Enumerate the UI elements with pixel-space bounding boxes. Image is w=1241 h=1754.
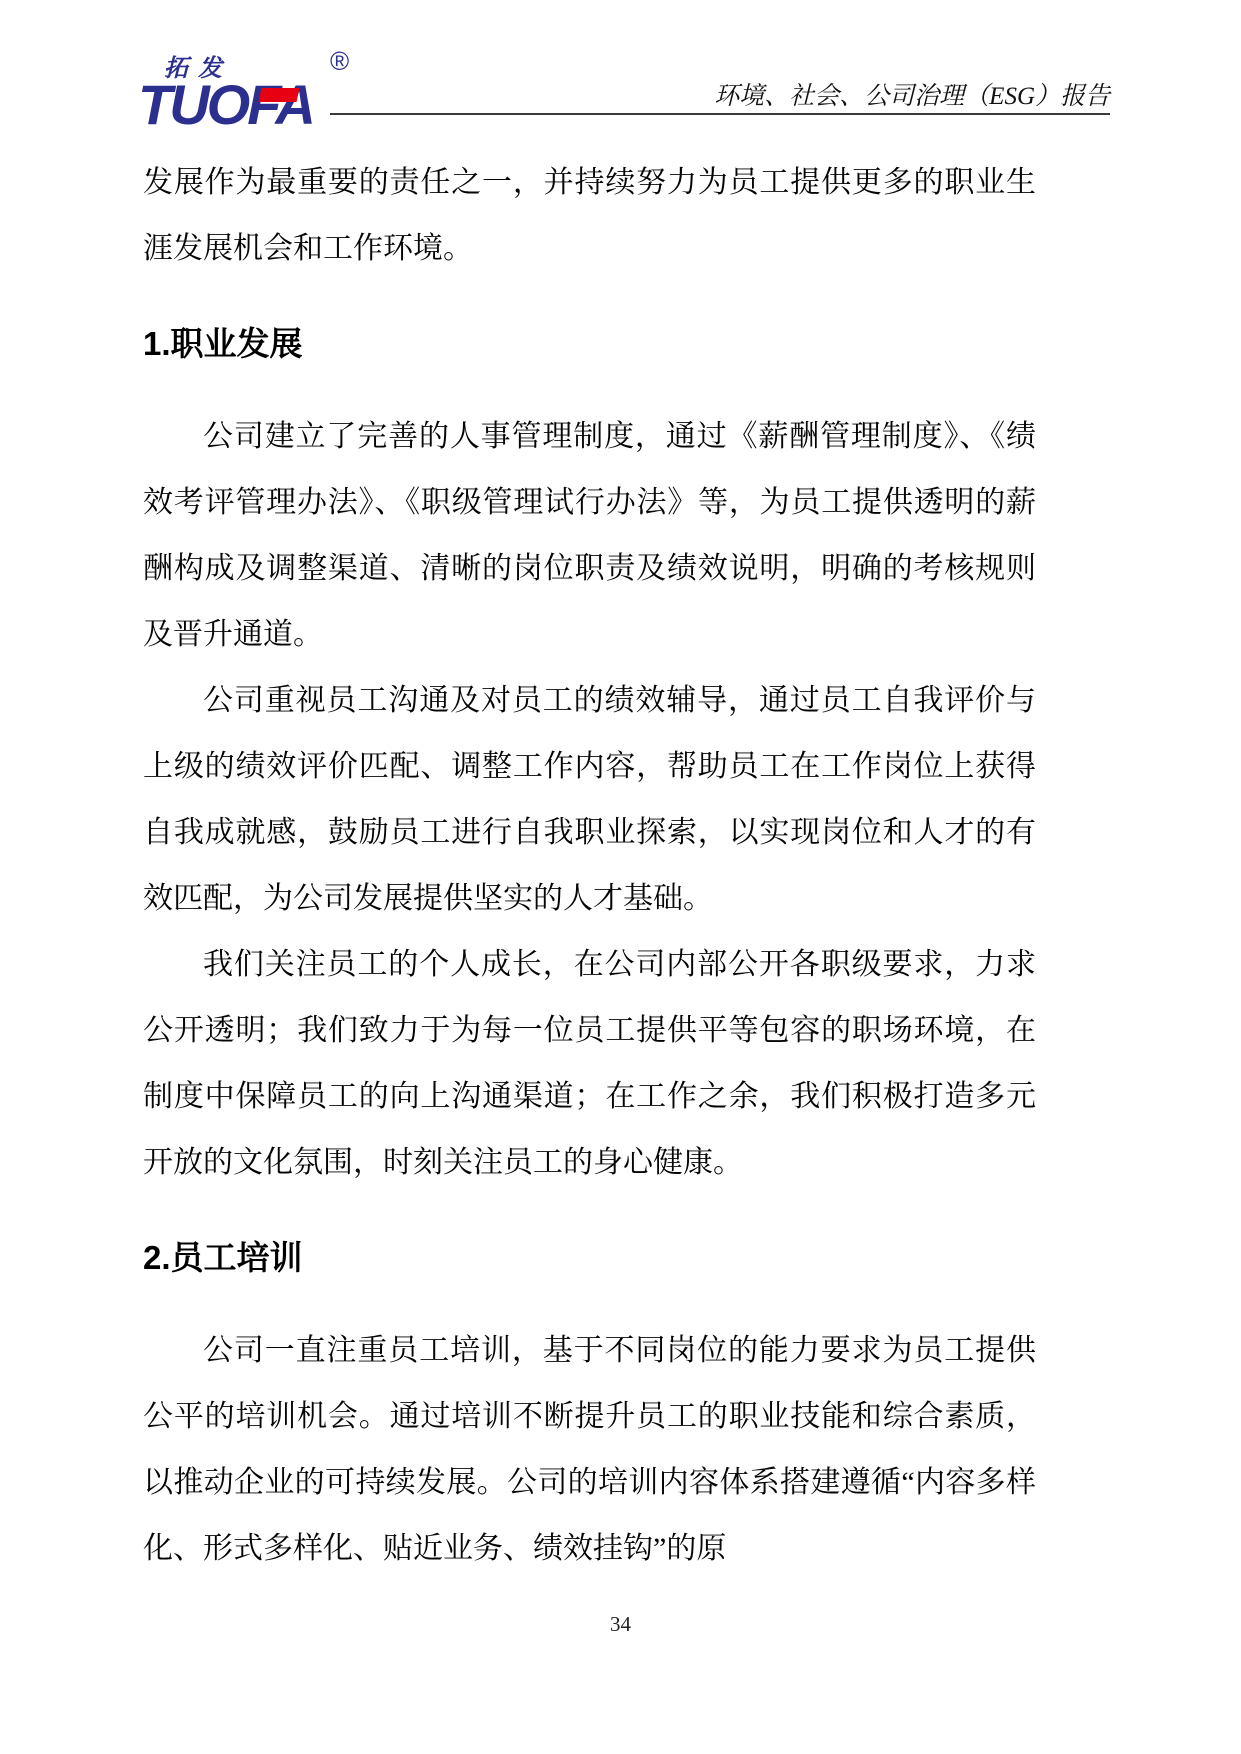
section-heading: 1.职业发展 <box>143 322 1036 366</box>
body-paragraph: 公司建立了完善的人事管理制度，通过《薪酬管理制度》、《绩效考评管理办法》、《职级… <box>143 404 1036 668</box>
body-paragraph: 公司重视员工沟通及对员工的绩效辅导，通过员工自我评价与上级的绩效评价匹配、调整工… <box>143 668 1036 932</box>
body-paragraph: 发展作为最重要的责任之一，并持续努力为员工提供更多的职业生涯发展机会和工作环境。 <box>143 150 1036 282</box>
logo-red-bar <box>259 88 300 102</box>
registered-trademark-icon: ® <box>330 46 349 77</box>
page-footer: 34 <box>0 1612 1241 1637</box>
body-paragraph: 我们关注员工的个人成长，在公司内部公开各职级要求，力求公开透明；我们致力于为每一… <box>143 932 1036 1196</box>
document-page: 拓发 TUOFA ® 环境、社会、公司治理（ESG）报告 发展作为最重要的责任之… <box>0 0 1241 1754</box>
body-paragraph: 公司一直注重员工培训，基于不同岗位的能力要求为员工提供公平的培训机会。通过培训不… <box>143 1318 1036 1582</box>
header-divider-line <box>330 113 1110 115</box>
report-header-title: 环境、社会、公司治理（ESG）报告 <box>714 76 1110 112</box>
document-body: 发展作为最重要的责任之一，并持续努力为员工提供更多的职业生涯发展机会和工作环境。… <box>143 150 1036 1582</box>
tuofa-logo: 拓发 TUOFA ® <box>138 48 348 148</box>
page-number: 34 <box>610 1612 631 1636</box>
section-heading: 2.员工培训 <box>143 1236 1036 1280</box>
logo-wordmark: TUOFA <box>138 72 313 137</box>
